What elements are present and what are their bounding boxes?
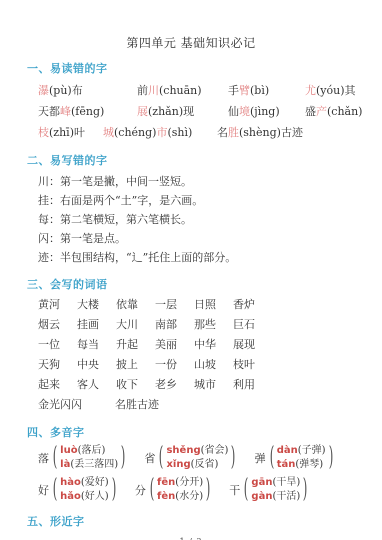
plain-text: (jìng) [250, 105, 280, 118]
highlighted-char: 胜 [228, 126, 239, 139]
pronunciation-item: 名胜(shèng)古迹 [217, 122, 382, 143]
stroke-note-line: 川：第一笔是撇，中间一竖短。 [38, 172, 382, 191]
pronunciation-item: 展(zhǎn)现 [137, 101, 228, 122]
word-item: 收下 [116, 375, 155, 395]
polyphonic-group: 省(shěng(省会)xǐng(反省)) [144, 444, 238, 472]
polyphonic-characters-list: 落(luò(落后)là(丢三落四))省(shěng(省会)xǐng(反省))弹(… [0, 444, 382, 504]
word-list: 黄河大楼依靠一层日照香炉烟云挂画大川南部那些巨石一位每当升起美丽中华展现天狗中央… [0, 295, 382, 415]
pinyin: fèn [157, 491, 175, 502]
word-item: 日照 [194, 295, 233, 315]
example-word: (分开) [175, 477, 203, 488]
reading-line: hào(爱好) [60, 476, 109, 490]
polyphonic-character: 落 [38, 450, 49, 466]
plain-text: 前 [137, 84, 148, 97]
polyphonic-character: 弹 [255, 450, 266, 466]
plain-text: 手 [228, 84, 239, 97]
word-item: 一位 [38, 335, 77, 355]
right-brace: ) [303, 478, 308, 501]
polyphonic-group: 干(gān(干旱)gàn(干活)) [229, 476, 310, 504]
plain-text: (yóu)其 [316, 84, 356, 97]
word-item: 大川 [116, 315, 155, 335]
pronunciation-item: 盛产(chǎn) [305, 101, 382, 122]
pronunciation-item: 枝(zhī)叶 [38, 122, 103, 143]
word-item: 巨石 [233, 315, 272, 335]
polyphonic-row: 好(hào(爱好)hǎo(好人))分(fēn(分开)fèn(水分))干(gān(… [38, 476, 382, 504]
plain-text: (shì) [167, 126, 192, 139]
highlighted-char: 川 [148, 84, 159, 97]
example-word: (落后) [78, 445, 106, 456]
pronunciation-item: 仙境(jìng) [228, 101, 305, 122]
word-row: 起来客人收下老乡城市利用 [38, 375, 382, 395]
plain-text: (chuān) [159, 84, 202, 97]
word-item: 一份 [155, 355, 194, 375]
plain-text: (chǎn) [327, 105, 362, 118]
left-brace: ( [159, 446, 164, 469]
plain-text: (zhī)叶 [49, 126, 85, 139]
word-item: 名胜古迹 [115, 395, 382, 415]
word-item: 起来 [38, 375, 77, 395]
reading-line: hǎo(好人) [60, 490, 109, 504]
highlighted-char: 臂 [239, 84, 250, 97]
pronunciation-row: 天都峰(fēng)展(zhǎn)现仙境(jìng)盛产(chǎn) [38, 101, 382, 122]
reading-line: luò(落后) [60, 444, 118, 458]
reading-line: là(丢三落四) [60, 458, 118, 472]
right-brace: ) [121, 446, 126, 469]
reading-line: gān(干旱) [251, 476, 300, 490]
word-item: 山坡 [194, 355, 233, 375]
stroke-note-line: 迹：半包围结构，“辶”托住上面的部分。 [38, 248, 382, 267]
pinyin: luò [60, 445, 77, 456]
highlighted-char: 展 [137, 105, 148, 118]
stroke-note-line: 挂：右面是两个“土”字，是六画。 [38, 191, 382, 210]
word-item: 南部 [155, 315, 194, 335]
word-item: 金光闪闪 [38, 395, 115, 415]
example-word: (丢三落四) [70, 459, 118, 470]
highlighted-char: 市 [156, 126, 167, 139]
example-word: (反省) [191, 459, 219, 470]
stroke-note-line: 闪：第一笔是点。 [38, 229, 382, 248]
highlighted-char: 产 [316, 105, 327, 118]
section-heading-mispronounced: 一、易读错的字 [27, 60, 382, 76]
word-item: 老乡 [155, 375, 194, 395]
section-heading-polyphonic: 四、多音字 [27, 424, 382, 440]
word-item: 那些 [194, 315, 233, 335]
plain-text: 仙 [228, 105, 239, 118]
polyphonic-group: 好(hào(爱好)hǎo(好人)) [38, 476, 119, 504]
reading-line: xǐng(反省) [166, 458, 228, 472]
polyphonic-group: 弹(dàn(子弹)tán(弹琴)) [255, 444, 336, 472]
word-row: 烟云挂画大川南部那些巨石 [38, 315, 382, 335]
pronunciation-item: 瀑(pù)布 [38, 80, 137, 101]
plain-text: 天都 [38, 105, 60, 118]
left-brace: ( [244, 478, 249, 501]
stroke-note-line: 每：第二笔横短，第六笔横长。 [38, 210, 382, 229]
word-item: 挂画 [77, 315, 116, 335]
pronunciation-item: 前川(chuān) [137, 80, 228, 101]
word-item: 天狗 [38, 355, 77, 375]
readings-stack: gān(干旱)gàn(干活) [251, 476, 300, 504]
word-row: 金光闪闪名胜古迹 [38, 395, 382, 415]
word-row: 黄河大楼依靠一层日照香炉 [38, 295, 382, 315]
highlighted-char: 境 [239, 105, 250, 118]
right-brace: ) [112, 478, 117, 501]
plain-text: 盛 [305, 105, 316, 118]
example-word: (水分) [175, 491, 203, 502]
word-item: 枝叶 [233, 355, 272, 375]
pinyin: hào [60, 477, 81, 488]
polyphonic-character: 分 [135, 482, 146, 498]
left-brace: ( [150, 478, 155, 501]
pronunciation-item: 城(chéng)市(shì) [103, 122, 217, 143]
plain-text: (fēng) [71, 105, 104, 118]
right-brace: ) [206, 478, 211, 501]
highlighted-char: 枝 [38, 126, 49, 139]
left-brace: ( [269, 446, 274, 469]
word-row: 天狗中央披上一份山坡枝叶 [38, 355, 382, 375]
word-item: 利用 [233, 375, 272, 395]
word-item: 中央 [77, 355, 116, 375]
word-item: 每当 [77, 335, 116, 355]
example-word: (好人) [81, 491, 109, 502]
section-heading-similar-characters: 五、形近字 [27, 513, 382, 529]
word-item: 展现 [233, 335, 272, 355]
plain-text: (shèng)古迹 [239, 126, 303, 139]
page-title: 第四单元 基础知识必记 [0, 0, 382, 51]
example-word: (子弹) [298, 445, 326, 456]
word-item: 大楼 [77, 295, 116, 315]
pinyin: gàn [251, 491, 272, 502]
example-word: (干活) [272, 491, 300, 502]
example-word: (干旱) [272, 477, 300, 488]
word-item: 香炉 [233, 295, 272, 315]
reading-line: gàn(干活) [251, 490, 300, 504]
pinyin: là [60, 459, 70, 470]
pronunciation-row: 枝(zhī)叶城(chéng)市(shì)名胜(shèng)古迹 [38, 122, 382, 143]
left-brace: ( [53, 446, 58, 469]
plain-text: 名 [217, 126, 228, 139]
pinyin: tán [277, 459, 296, 470]
word-item: 烟云 [38, 315, 77, 335]
reading-line: tán(弹琴) [277, 458, 326, 472]
word-item: 中华 [194, 335, 233, 355]
word-item: 升起 [116, 335, 155, 355]
readings-stack: luò(落后)là(丢三落四) [60, 444, 118, 472]
polyphonic-character: 省 [144, 450, 155, 466]
pronunciation-item: 手臂(bì) [228, 80, 305, 101]
right-brace: ) [231, 446, 236, 469]
polyphonic-row: 落(luò(落后)là(丢三落四))省(shěng(省会)xǐng(反省))弹(… [38, 444, 382, 472]
miswritten-characters-list: 川：第一笔是撇，中间一竖短。挂：右面是两个“土”字，是六画。每：第二笔横短，第六… [0, 172, 382, 267]
plain-text: (bì) [250, 84, 269, 97]
reading-line: fèn(水分) [157, 490, 203, 504]
document-page: 第四单元 基础知识必记 一、易读错的字 瀑(pù)布前川(chuān)手臂(bì… [0, 0, 382, 540]
pinyin: fēn [157, 477, 175, 488]
readings-stack: hào(爱好)hǎo(好人) [60, 476, 109, 504]
polyphonic-group: 分(fēn(分开)fèn(水分)) [135, 476, 213, 504]
pinyin: hǎo [60, 491, 81, 502]
plain-text: (pù)布 [49, 84, 83, 97]
readings-stack: shěng(省会)xǐng(反省) [166, 444, 228, 472]
section-heading-miswritten: 二、易写错的字 [27, 152, 382, 168]
example-word: (省会) [201, 445, 229, 456]
reading-line: dàn(子弹) [277, 444, 326, 458]
word-item: 披上 [116, 355, 155, 375]
section-heading-words: 三、会写的词语 [27, 276, 382, 292]
plain-text: (zhǎn)现 [148, 105, 194, 118]
word-item: 依靠 [116, 295, 155, 315]
highlighted-char: 瀑 [38, 84, 49, 97]
plain-text: (chéng) [114, 126, 156, 139]
polyphonic-group: 落(luò(落后)là(丢三落四)) [38, 444, 128, 472]
word-row: 一位每当升起美丽中华展现 [38, 335, 382, 355]
readings-stack: fēn(分开)fèn(水分) [157, 476, 203, 504]
pinyin: dàn [277, 445, 298, 456]
pinyin: xǐng [166, 459, 190, 470]
mispronounced-characters-list: 瀑(pù)布前川(chuān)手臂(bì)尤(yóu)其天都峰(fēng)展(z… [0, 80, 382, 143]
pronunciation-item: 尤(yóu)其 [305, 80, 382, 101]
left-brace: ( [53, 478, 58, 501]
word-item: 黄河 [38, 295, 77, 315]
word-item: 美丽 [155, 335, 194, 355]
highlighted-char: 峰 [60, 105, 71, 118]
readings-stack: dàn(子弹)tán(弹琴) [277, 444, 326, 472]
example-word: (爱好) [81, 477, 109, 488]
word-item: 客人 [77, 375, 116, 395]
pronunciation-item: 天都峰(fēng) [38, 101, 137, 122]
pinyin: shěng [166, 445, 200, 456]
reading-line: shěng(省会) [166, 444, 228, 458]
highlighted-char: 尤 [305, 84, 316, 97]
word-item: 城市 [194, 375, 233, 395]
polyphonic-character: 干 [229, 482, 240, 498]
pinyin: gān [251, 477, 272, 488]
word-item: 一层 [155, 295, 194, 315]
pronunciation-row: 瀑(pù)布前川(chuān)手臂(bì)尤(yóu)其 [38, 80, 382, 101]
right-brace: ) [328, 446, 333, 469]
example-word: (弹琴) [295, 459, 323, 470]
reading-line: fēn(分开) [157, 476, 203, 490]
highlighted-char: 城 [103, 126, 114, 139]
polyphonic-character: 好 [38, 482, 49, 498]
